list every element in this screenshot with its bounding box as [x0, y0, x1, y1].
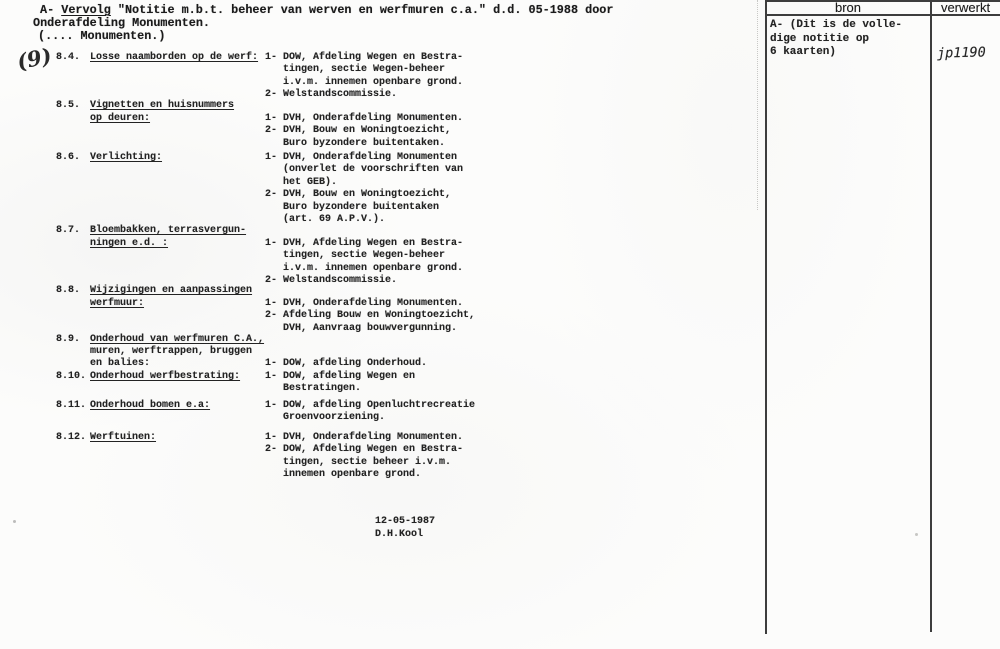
section-title-line: en balies:: [90, 358, 150, 370]
bron-note-line-3: 6 kaarten): [770, 46, 836, 60]
section-title-line: Bloembakken, terrasvergun-: [90, 225, 246, 237]
section-title-line: muren, werftrappen, bruggen: [90, 346, 252, 358]
section-number: 8.10.: [56, 371, 86, 383]
section-title-line: Vignetten en huisnummers: [90, 100, 234, 112]
section-body: 1- DVH, Onderafdeling Monumenten. 2- DVH…: [265, 113, 463, 150]
paper-texture: [0, 0, 1000, 649]
section-number: 8.4.: [56, 52, 80, 64]
document-date: 12-05-1987: [375, 516, 435, 528]
table-left-dotted-line: [757, 0, 758, 210]
section-number: 8.12.: [56, 432, 86, 444]
header-vervolg: Vervolg: [61, 3, 111, 17]
section-number: 8.9.: [56, 334, 80, 346]
section-body: 1- DVH, Onderafdeling Monumenten (onverl…: [265, 152, 463, 226]
section-number: 8.8.: [56, 285, 80, 297]
handwritten-margin-note: (9): [15, 43, 54, 75]
header-rest: "Notitie m.b.t. beheer van werven en wer…: [111, 3, 614, 17]
section-body: 1- DOW, afdeling Wegen en Bestratingen.: [265, 371, 415, 396]
verwerkt-handwritten-value: jp1190: [937, 44, 986, 61]
scan-speck: [915, 533, 918, 536]
section-body: 1- DOW, afdeling Openluchtrecreatie Groe…: [265, 400, 475, 425]
section-body: 1- DVH, Afdeling Wegen en Bestra- tingen…: [265, 238, 463, 288]
bron-note-line-1: A- (Dit is de volle-: [770, 19, 902, 33]
section-title-line: Onderhoud van werfmuren C.A.,: [90, 334, 264, 346]
section-number: 8.7.: [56, 225, 80, 237]
section-number: 8.5.: [56, 100, 80, 112]
header-prefix: A-: [40, 3, 61, 17]
scanned-document-page: A- Vervolg "Notitie m.b.t. beheer van we…: [0, 0, 1000, 649]
section-body: 1- DOW, Afdeling Wegen en Bestra- tingen…: [265, 52, 463, 102]
section-title-line: Losse naamborden op de werf:: [90, 52, 258, 64]
section-title-line: op deuren:: [90, 113, 150, 125]
column-header-verwerkt: verwerkt: [931, 1, 1000, 14]
section-title-line: Onderhoud bomen e.a:: [90, 400, 210, 412]
document-author: D.H.Kool: [375, 529, 423, 541]
section-title-line: Werftuinen:: [90, 432, 156, 444]
column-header-bron: bron: [766, 1, 930, 14]
section-number: 8.11.: [56, 400, 86, 412]
section-title-line: Verlichting:: [90, 152, 162, 164]
table-left-border: [765, 0, 767, 634]
document-title-line-3: (.... Monumenten.): [38, 30, 165, 43]
table-column-divider: [930, 0, 932, 632]
section-body: 1- DOW, afdeling Onderhoud.: [265, 358, 427, 370]
section-number: 8.6.: [56, 152, 80, 164]
bron-note-line-2: dige notitie op: [770, 33, 869, 47]
section-body: 1- DVH, Onderafdeling Monumenten. 2- DOW…: [265, 432, 463, 482]
section-title-line: Wijzigingen en aanpassingen: [90, 285, 252, 297]
section-body: 1- DVH, Onderafdeling Monumenten. 2- Afd…: [265, 298, 475, 335]
scan-speck: [13, 520, 16, 523]
section-title-line: werfmuur:: [90, 298, 144, 310]
section-title-line: ningen e.d. :: [90, 238, 168, 250]
section-title-line: Onderhoud werfbestrating:: [90, 371, 240, 383]
